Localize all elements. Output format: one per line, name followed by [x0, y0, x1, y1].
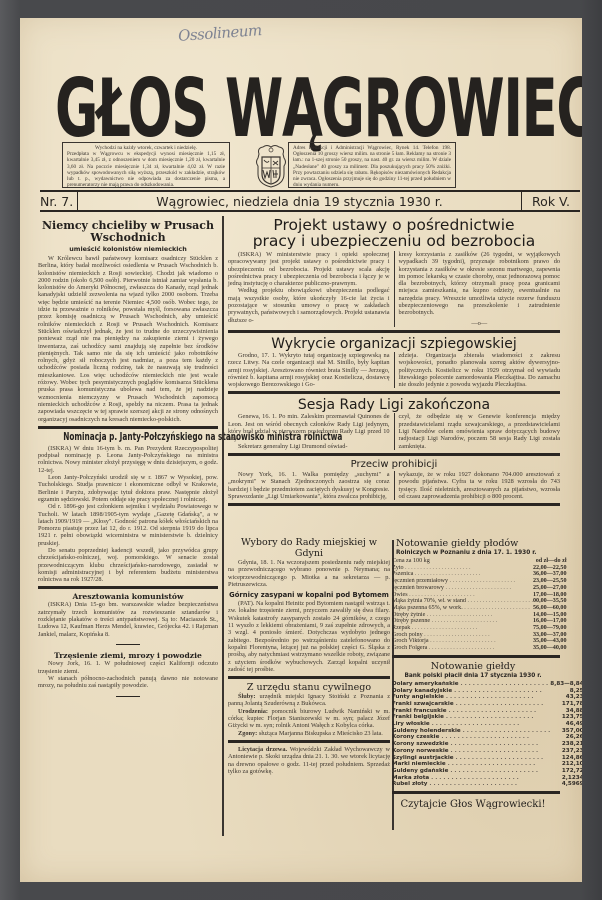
commodity-name: Groch Viktorja — [392, 638, 533, 645]
price-range: 33,00—37,00 — [533, 632, 567, 639]
short-divider — [116, 644, 140, 646]
rate: 238,21 — [550, 741, 582, 748]
article-body-wybory: Gdynia, 18. 1. Na wczorajszem posiedzeni… — [228, 559, 390, 588]
table-row: Korony szwedzkie238,21 — [392, 741, 582, 748]
table-row: Marki niemieckie212,10 — [392, 761, 582, 768]
table-row: Korony norweskie237,23 — [392, 748, 582, 755]
editorial-office-info-box: Adres Redakcji i Administracji Wągrowiec… — [288, 142, 456, 188]
article-body-wykrycie: Grodno, 17. 1. Wykryto tutaj organizację… — [228, 352, 560, 388]
article-title-gornicy: Górnicy zasypani w kopalni pod Bytomem — [228, 591, 390, 600]
paragraph: Nowy York, 16. 1. Walka pomiędzy „suchym… — [228, 471, 390, 500]
rate: 124,86 — [550, 755, 582, 762]
paragraph: W stanach północno-zachodnich panują daw… — [38, 675, 218, 690]
currency-name: Rubel złoty — [392, 781, 550, 788]
currency-name: Franki belgijskie — [392, 714, 550, 721]
rate: 34,88 — [550, 708, 582, 715]
issue-dateline: Nr. 7. Wągrowiec, niedziela dnia 19 styc… — [40, 190, 580, 212]
rate: 357,00 — [550, 728, 582, 735]
footer-slogan: Czytajcie Głos Wągrowiecki! — [386, 798, 560, 812]
section-divider — [228, 330, 560, 333]
rate: 8,83—8,84 — [550, 681, 582, 688]
table-row: Otręby żytnie14,00—15,00 — [392, 612, 567, 619]
price-range: 23,00—25,50 — [533, 578, 567, 585]
currency-rates-subtitle: Bank polski płacił dnia 17 stycznia 1930… — [386, 673, 560, 679]
article-title-wykrycie: Wykrycie organizacji szpiegowskiej — [228, 336, 560, 352]
table-row: Dolary amerykańskie8,83—8,84 — [392, 681, 582, 688]
article-body-projekt: (ISKRA) W ministerstwie pracy i opieki s… — [228, 251, 560, 327]
commodity-name: Groch Folgera — [392, 645, 533, 652]
article-body-trzesienie: Nowy Jork, 16. 1. W południowej części K… — [38, 660, 218, 689]
rate: 237,23 — [550, 748, 582, 755]
commodity-name: Otręby pszenne — [392, 618, 533, 625]
price-range: 35,00—40,00 — [533, 645, 567, 652]
grain-prices-title: Notowanie giełdy płodów — [386, 538, 560, 549]
newspaper-title: GŁOS WĄGROWIECKI — [55, 68, 543, 150]
price-range: 35,00—43,00 — [533, 638, 567, 645]
right-area: Projekt ustawy o pośrednictwie pracy i u… — [228, 216, 560, 509]
article-title-projekt-line1: Projekt ustawy o pośrednictwie — [228, 218, 560, 233]
price-range: 17,00—18,00 — [533, 592, 567, 599]
commodity-name: Owies — [392, 592, 533, 599]
grain-prices-subtitle: Rolniczych w Poznaniu z dnia 17. 1. 1930… — [386, 550, 560, 556]
article-subtitle-niemcy: umieścić kolonistów niemieckich — [38, 245, 218, 253]
paragraph: (PAT). Na kopalni Heinitz pod Bytomiem n… — [228, 600, 390, 673]
price-range: 14,00—15,00 — [533, 612, 567, 619]
paragraph: zdzieja. Organizacja zbierała wiadomości… — [399, 352, 561, 388]
table-row: Rzepak75,00—79,00 — [392, 625, 567, 632]
rate: 123,75 — [550, 714, 582, 721]
table-row: Marka złota2,1234 — [392, 775, 582, 782]
article-title-niemcy: Niemcy chcieliby w Prusach Wschodnich — [38, 220, 218, 244]
currency-name: Liry włoskie — [392, 721, 550, 728]
table-row: Guldeny holenderskie357,00 — [392, 728, 582, 735]
column-header: Cena za 100 kg — [392, 558, 533, 565]
paragraph: kresy korzystania z zasiłków (26 tygodni… — [399, 251, 561, 317]
commodity-name: Otręby żytnie — [392, 612, 533, 619]
table-row: Franki szwajcarskie171,78 — [392, 701, 582, 708]
section-divider — [228, 740, 390, 743]
issue-number: Nr. 7. — [40, 192, 78, 210]
table-row: Jęczmień przemiałowy23,00—25,50 — [392, 578, 567, 585]
article-body-prohibicja: Nowy York, 16. 1. Walka pomiędzy „suchym… — [228, 471, 560, 500]
section-divider — [228, 676, 390, 679]
label-urodzenia: Urodzenia: — [238, 708, 268, 715]
paragraph: Grodno, 17. 1. Wykryto tutaj organizację… — [228, 352, 390, 388]
table-row: Mąka żytnia 70%, wł. w stand00,00—35,50 — [392, 598, 567, 605]
rate: 4,5969 — [550, 781, 582, 788]
article-title-trzesienie: Trzęsienie ziemi, mrozy i powodzie — [38, 651, 218, 660]
article-body-gornicy: (PAT). Na kopalni Heinitz pod Bytomiem n… — [228, 600, 390, 673]
price-range: 56,00—60,00 — [533, 605, 567, 612]
currency-name: Dolary kanadyjskie — [392, 688, 550, 695]
editorial-terms: Adres Redakcji i Administracji Wągrowiec… — [293, 145, 451, 188]
table-row: Rubel złoty4,5969 — [392, 781, 582, 788]
commodity-name: Mąka pszenna 65%, w work. — [392, 605, 533, 612]
article-body-aresztowania: (ISKRA) Dnia 15-go bm. warszawskie władz… — [38, 601, 218, 637]
table-row: Korony czeskie26,26 — [392, 734, 582, 741]
currency-name: Dolary amerykańskie — [392, 681, 550, 688]
table-row: Owies17,00—18,00 — [392, 592, 567, 599]
article-body-nominacja: (ISKRA) W dniu 16-tym b. m. Pan Prezyden… — [38, 445, 218, 584]
left-column: Niemcy chcieliby w Prusach Wschodnich um… — [38, 216, 218, 703]
middle-lower-column: Wybory do Rady miejskiej w Gdyni Gdynia,… — [228, 538, 390, 775]
paragraph: (ISKRA) W ministerstwie pracy i opieki s… — [228, 251, 390, 287]
table-row: Franki belgijskie123,75 — [392, 714, 582, 721]
commodity-name: Groch polny — [392, 632, 533, 639]
paragraph: czył, że odbędzie się w Genewie konferen… — [399, 413, 561, 449]
section-divider — [392, 791, 560, 794]
grain-prices-table: Cena za 100 kg od zł—do zł Żyto22,00—22,… — [392, 558, 567, 652]
article-body-sesja: Genewa, 16. 1. Po min. Zaleskim przemawi… — [228, 413, 560, 449]
market-column: Notowanie giełdy płodów Rolniczych w Poz… — [386, 538, 560, 812]
paragraph: Nowy Jork, 16. 1. W południowej części K… — [38, 660, 218, 675]
table-row: Jęczmień browarowy25,00—27,00 — [392, 585, 567, 592]
paragraph: Według projektu obowiązkowi ubezpieczeni… — [228, 287, 390, 323]
paragraph: Sekretarz generalny Ligi Drumond oświad- — [228, 443, 390, 450]
newspaper-page: Ossolineum GŁOS WĄGROWIECKI Wychodzi na … — [20, 18, 582, 882]
section-divider — [38, 426, 218, 429]
section-divider — [392, 655, 560, 658]
currency-name: Szylingi austrjackie — [392, 755, 550, 762]
table-row: Groch Folgera35,00—40,00 — [392, 645, 567, 652]
table-header: Cena za 100 kg od zł—do zł — [392, 558, 567, 565]
label-licytacja: Licytacja drzewa. — [238, 746, 287, 753]
section-divider — [38, 586, 218, 589]
handwritten-library-note: Ossolineum — [177, 21, 262, 45]
paragraph: (ISKRA) W dniu 16-tym b. m. Pan Prezyden… — [38, 445, 218, 474]
price-range: 00,00—35,50 — [533, 598, 567, 605]
rate: 43,23 — [550, 694, 582, 701]
article-title-aresztowania: Aresztowania komunistów — [38, 592, 218, 601]
currency-name: Marki niemieckie — [392, 761, 550, 768]
table-row: Dolary kanadyjskie8,25 — [392, 688, 582, 695]
price-range: 16,00—17,00 — [533, 618, 567, 625]
price-range: 25,00—27,00 — [533, 585, 567, 592]
currency-rates-title: Notowanie giełdy — [386, 661, 560, 672]
label-zgony: Zgony: — [238, 730, 257, 737]
section-divider — [228, 453, 560, 456]
article-title-sesja: Sesja Rady Ligi zakończona — [228, 397, 560, 413]
paragraph: W Królewcu bawił państwowy komisarz osad… — [38, 255, 218, 423]
rate: 8,25 — [550, 688, 582, 695]
rate: 212,10 — [550, 761, 582, 768]
issue-year: Rok V. — [522, 194, 580, 209]
commodity-name: Żyto — [392, 565, 533, 572]
currency-rates-table: Dolary amerykańskie8,83—8,84 Dolary kana… — [392, 681, 582, 788]
currency-name: Korony norweskie — [392, 748, 550, 755]
table-row: Funty angielskie43,23 — [392, 694, 582, 701]
rate: 171,78 — [550, 701, 582, 708]
rate: 46,49 — [550, 721, 582, 728]
table-row: Liry włoskie46,49 — [392, 721, 582, 728]
coat-of-arms-icon — [253, 144, 289, 188]
article-title-usc: Z urzędu stanu cywilnego — [228, 682, 390, 693]
short-divider — [116, 696, 140, 698]
article-title-prohibicja: Przeciw prohibicji — [228, 459, 560, 471]
article-body-licytacja: Licytacja drzewa. Wojewódzki Zakład Wych… — [228, 746, 390, 775]
paragraph: wykazuje, że w roku 1927 dokonano 704.00… — [399, 471, 561, 500]
article-title-projekt-line2: pracy i ubezpieczeniu od bezrobocia — [228, 233, 560, 249]
price-range: 22,00—22,50 — [533, 565, 567, 572]
issue-place-date: Wągrowiec, niedziela dnia 19 stycznia 19… — [78, 192, 522, 210]
table-row: Franki francuskie34,88 — [392, 708, 582, 715]
rate: 2,1234 — [550, 775, 582, 782]
column-header: od zł—do zł — [533, 558, 567, 565]
price-range: 36,00—37,00 — [533, 571, 567, 578]
commodity-name: Rzepak — [392, 625, 533, 632]
currency-name: Funty angielskie — [392, 694, 550, 701]
commodity-name: Mąka żytnia 70%, wł. w stand — [392, 598, 533, 605]
paragraph: (ISKRA) Dnia 15-go bm. warszawskie władz… — [38, 601, 218, 637]
currency-name: Guldeny gdańskie — [392, 768, 550, 775]
subscription-terms: Przedpłata w Wągrowcu w ekspedycji wynos… — [67, 151, 225, 188]
table-row: Otręby pszenne16,00—17,00 — [392, 618, 567, 625]
section-divider — [228, 391, 560, 394]
column-rule — [222, 216, 224, 836]
table-row: Szylingi austrjackie124,86 — [392, 755, 582, 762]
currency-name: Korony czeskie — [392, 734, 550, 741]
currency-name: Franki szwajcarskie — [392, 701, 550, 708]
price-range: 75,00—79,00 — [533, 625, 567, 632]
currency-name: Franki francuskie — [392, 708, 550, 715]
paragraph: Gdynia, 18. 1. Na wczorajszem posiedzeni… — [228, 559, 390, 588]
currency-name: Guldeny holenderskie — [392, 728, 550, 735]
article-title-wybory: Wybory do Rady miejskiej w Gdyni — [228, 538, 390, 559]
rate: 26,26 — [550, 734, 582, 741]
paragraph: służąca Marjanna Biskupska z Mieścisko 2… — [259, 730, 383, 737]
currency-name: Korony szwedzkie — [392, 741, 550, 748]
paragraph: Od r. 1896-go jest członkiem sejmiku i w… — [38, 503, 218, 547]
article-body-usc: Śluby: urzędnik miejski Ignacy Stoiński … — [228, 693, 390, 737]
label-sluby: Śluby: — [238, 693, 256, 700]
table-row: Żyto22,00—22,50 — [392, 565, 567, 572]
commodity-name: Pszenica — [392, 571, 533, 578]
paragraph: Do senatu poprzedniej kadencji wszedł, j… — [38, 547, 218, 583]
commodity-name: Jęczmień przemiałowy — [392, 578, 533, 585]
rate: 172,72 — [550, 768, 582, 775]
article-title-nominacja: Nominacja p. Janty-Połczyńskiego na stan… — [63, 432, 193, 443]
table-row: Mąka pszenna 65%, w work.56,00—60,00 — [392, 605, 567, 612]
subscription-info-box: Wychodzi na każdy wtorek, czwartek i nie… — [62, 142, 230, 188]
paragraph: Genewa, 16. 1. Po min. Zaleskim przemawi… — [228, 413, 390, 442]
commodity-name: Jęczmień browarowy — [392, 585, 533, 592]
table-row: Groch polny33,00—37,00 — [392, 632, 567, 639]
table-row: Groch Viktorja35,00—43,00 — [392, 638, 567, 645]
end-mark: —o— — [399, 320, 561, 327]
table-row: Pszenica36,00—37,00 — [392, 571, 567, 578]
article-body-niemcy: W Królewcu bawił państwowy komisarz osad… — [38, 255, 218, 423]
paragraph: Leon Janty-Połczyński urodził się w r. 1… — [38, 474, 218, 503]
section-divider — [228, 503, 560, 506]
currency-name: Marka złota — [392, 775, 550, 782]
table-row: Guldeny gdańskie172,72 — [392, 768, 582, 775]
